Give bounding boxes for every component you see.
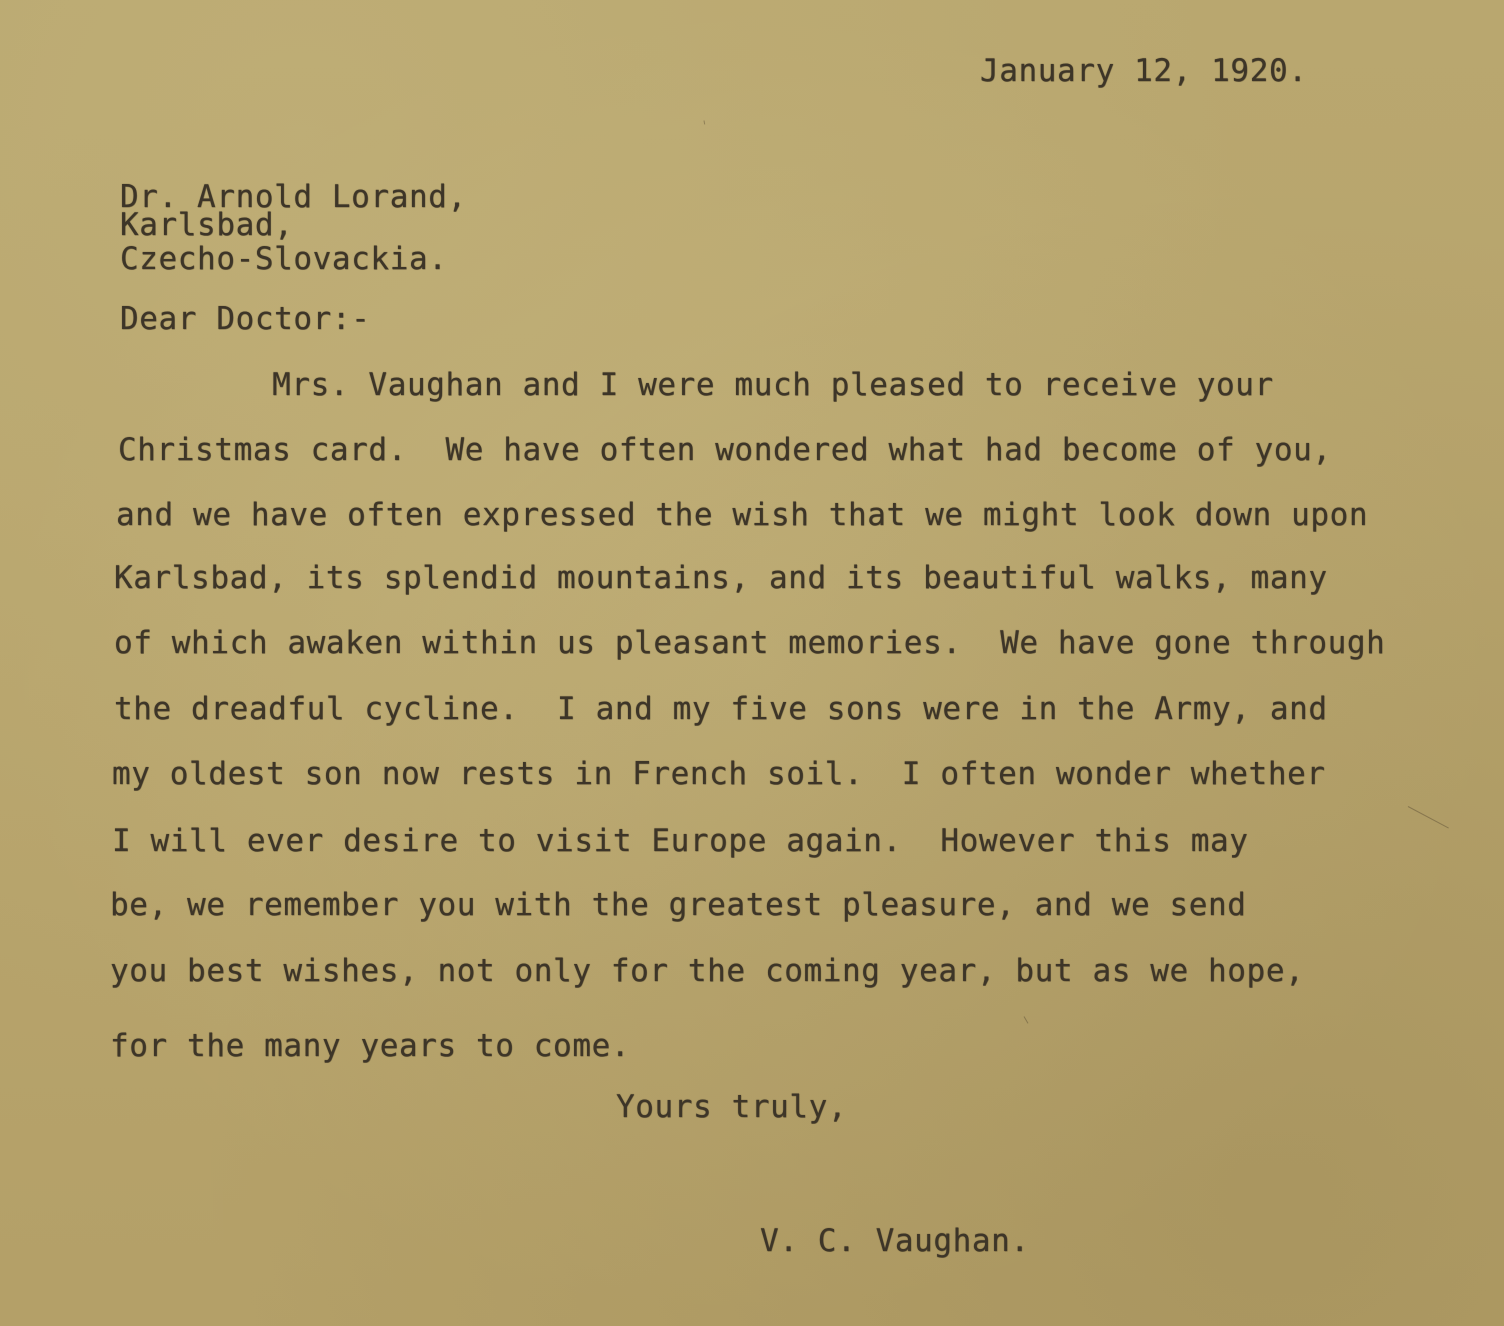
signature: V. C. Vaughan. xyxy=(760,1226,1030,1257)
recipient-city: Karlsbad, xyxy=(120,210,293,241)
recipient-country: Czecho-Slovackia. xyxy=(120,244,447,275)
body-line: and we have often expressed the wish tha… xyxy=(116,500,1368,531)
body-line: Christmas card. We have often wondered w… xyxy=(118,435,1332,466)
body-line: of which awaken within us pleasant memor… xyxy=(114,628,1385,659)
body-line: be, we remember you with the greatest pl… xyxy=(110,890,1247,921)
body-line: I will ever desire to visit Europe again… xyxy=(112,826,1249,857)
paper-mark xyxy=(1024,1016,1029,1023)
salutation: Dear Doctor:- xyxy=(120,304,370,335)
body-line: the dreadful cycline. I and my five sons… xyxy=(114,694,1328,725)
body-line: you best wishes, not only for the coming… xyxy=(110,956,1304,987)
paper-mark xyxy=(1408,806,1449,828)
letter-date: January 12, 1920. xyxy=(980,56,1307,87)
paper-mark xyxy=(704,120,706,124)
body-line: Karlsbad, its splendid mountains, and it… xyxy=(114,563,1328,594)
body-line: for the many years to come. xyxy=(110,1031,630,1062)
closing: Yours truly, xyxy=(616,1092,847,1123)
letter-page: January 12, 1920. Dr. Arnold Lorand, Kar… xyxy=(0,0,1504,1326)
body-line: Mrs. Vaughan and I were much pleased to … xyxy=(118,370,1274,401)
body-line: my oldest son now rests in French soil. … xyxy=(112,759,1326,790)
